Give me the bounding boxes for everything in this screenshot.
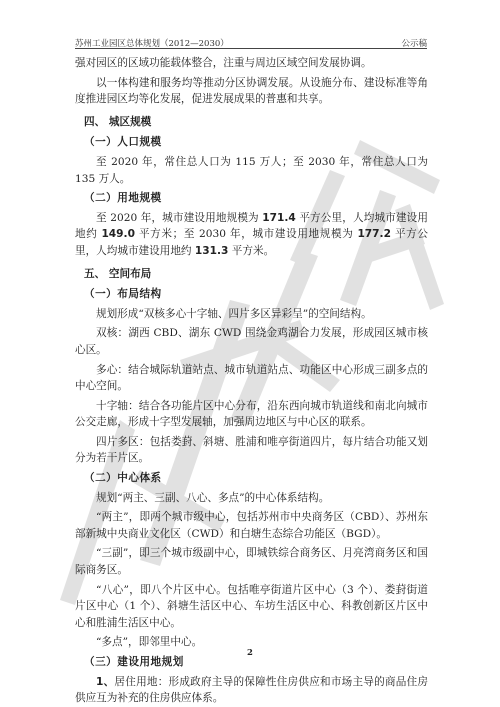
subsection-heading-population: （一）人口规模 xyxy=(84,134,428,151)
subsection-heading-centers: （二）中心体系 xyxy=(84,470,428,487)
page-header: 苏州工业园区总体规划（2012—2030） 公示稿 xyxy=(75,37,427,49)
paragraph: 双核：湖西 CBD、湖东 CWD 围绕金鸡湖合力发展，形成园区城市核心区。 xyxy=(75,325,428,358)
paragraph-population: 至 2020 年，常住总人口为 115 万人；至 2030 年，常住总人口为 1… xyxy=(75,154,428,187)
paragraph: “八心”，即八个片区中心。包括唯亭街道片区中心（3 个）、娄葑街道片区中心（1 … xyxy=(75,582,428,632)
paragraph: 强对园区的区域功能载体整合，注重与周边区域空间发展协调。 xyxy=(75,55,428,72)
paragraph: “两主”，即两个城市级中心，包括苏州市中央商务区（CBD）、苏州东部新城中央商业… xyxy=(75,509,428,542)
paragraph: 多心：结合城际轨道站点、城市轨道站点、功能区中心形成三副多点的中心空间。 xyxy=(75,362,428,395)
paragraph-residential: 1、居住用地：形成政府主导的保障性住房供应和市场主导的商品住房供应互为补充的住房… xyxy=(75,674,428,707)
paragraph: 以一体构建和服务均等推动分区协调发展。从设施分布、建设标准等角度推进园区均等化发… xyxy=(75,75,428,108)
paragraph: 十字轴：结合各功能片区中心分布，沿东西向城市轨道线和南北向城市公交走廊，形成十字… xyxy=(75,398,428,431)
subsection-heading-land: （二）用地规模 xyxy=(84,190,428,207)
per-capita-2030-value: 131.3 xyxy=(195,245,229,257)
per-capita-2020-value: 149.0 xyxy=(101,228,135,240)
section-heading-5: 五、 空间布局 xyxy=(84,266,428,283)
section-heading-4: 四、 城区规模 xyxy=(84,114,428,131)
paragraph: 规划形成“双核多心十字轴、四片多区异彩呈”的空间结构。 xyxy=(75,306,428,323)
document-body: 强对园区的区域功能载体整合，注重与周边区域空间发展协调。 以一体构建和服务均等推… xyxy=(75,55,428,707)
text: 平方米；至 2030 年，城市建设用地规模为 xyxy=(135,228,357,240)
paragraph: “三副”，即三个城市级副中心，即城铁综合商务区、月亮湾商务区和国际商务区。 xyxy=(75,545,428,578)
page-number: 2 xyxy=(0,648,500,658)
text: 居住用地：形成政府主导的保障性住房供应和市场主导的商品住房供应互为补充的住房供应… xyxy=(75,676,428,705)
paragraph: 规划“两主、三副、八心、多点”的中心体系结构。 xyxy=(75,490,428,507)
paragraph: 四片多区：包括娄葑、斜塘、胜浦和唯亭街道四片，每片结合功能又划分为若干片区。 xyxy=(75,434,428,467)
land-2030-value: 177.2 xyxy=(357,228,391,240)
list-number: 1、 xyxy=(96,676,114,688)
subsection-heading-layout: （一）布局结构 xyxy=(84,286,428,303)
land-2020-value: 171.4 xyxy=(262,212,296,224)
document-title: 苏州工业园区总体规划（2012—2030） xyxy=(75,37,229,49)
text: 至 2020 年，城市建设用地规模为 xyxy=(96,212,262,224)
paragraph-land: 至 2020 年，城市建设用地规模为 171.4 平方公里，人均城市建设用地约 … xyxy=(75,210,428,260)
text: 平方米。 xyxy=(228,245,274,257)
draft-tag: 公示稿 xyxy=(401,37,427,49)
